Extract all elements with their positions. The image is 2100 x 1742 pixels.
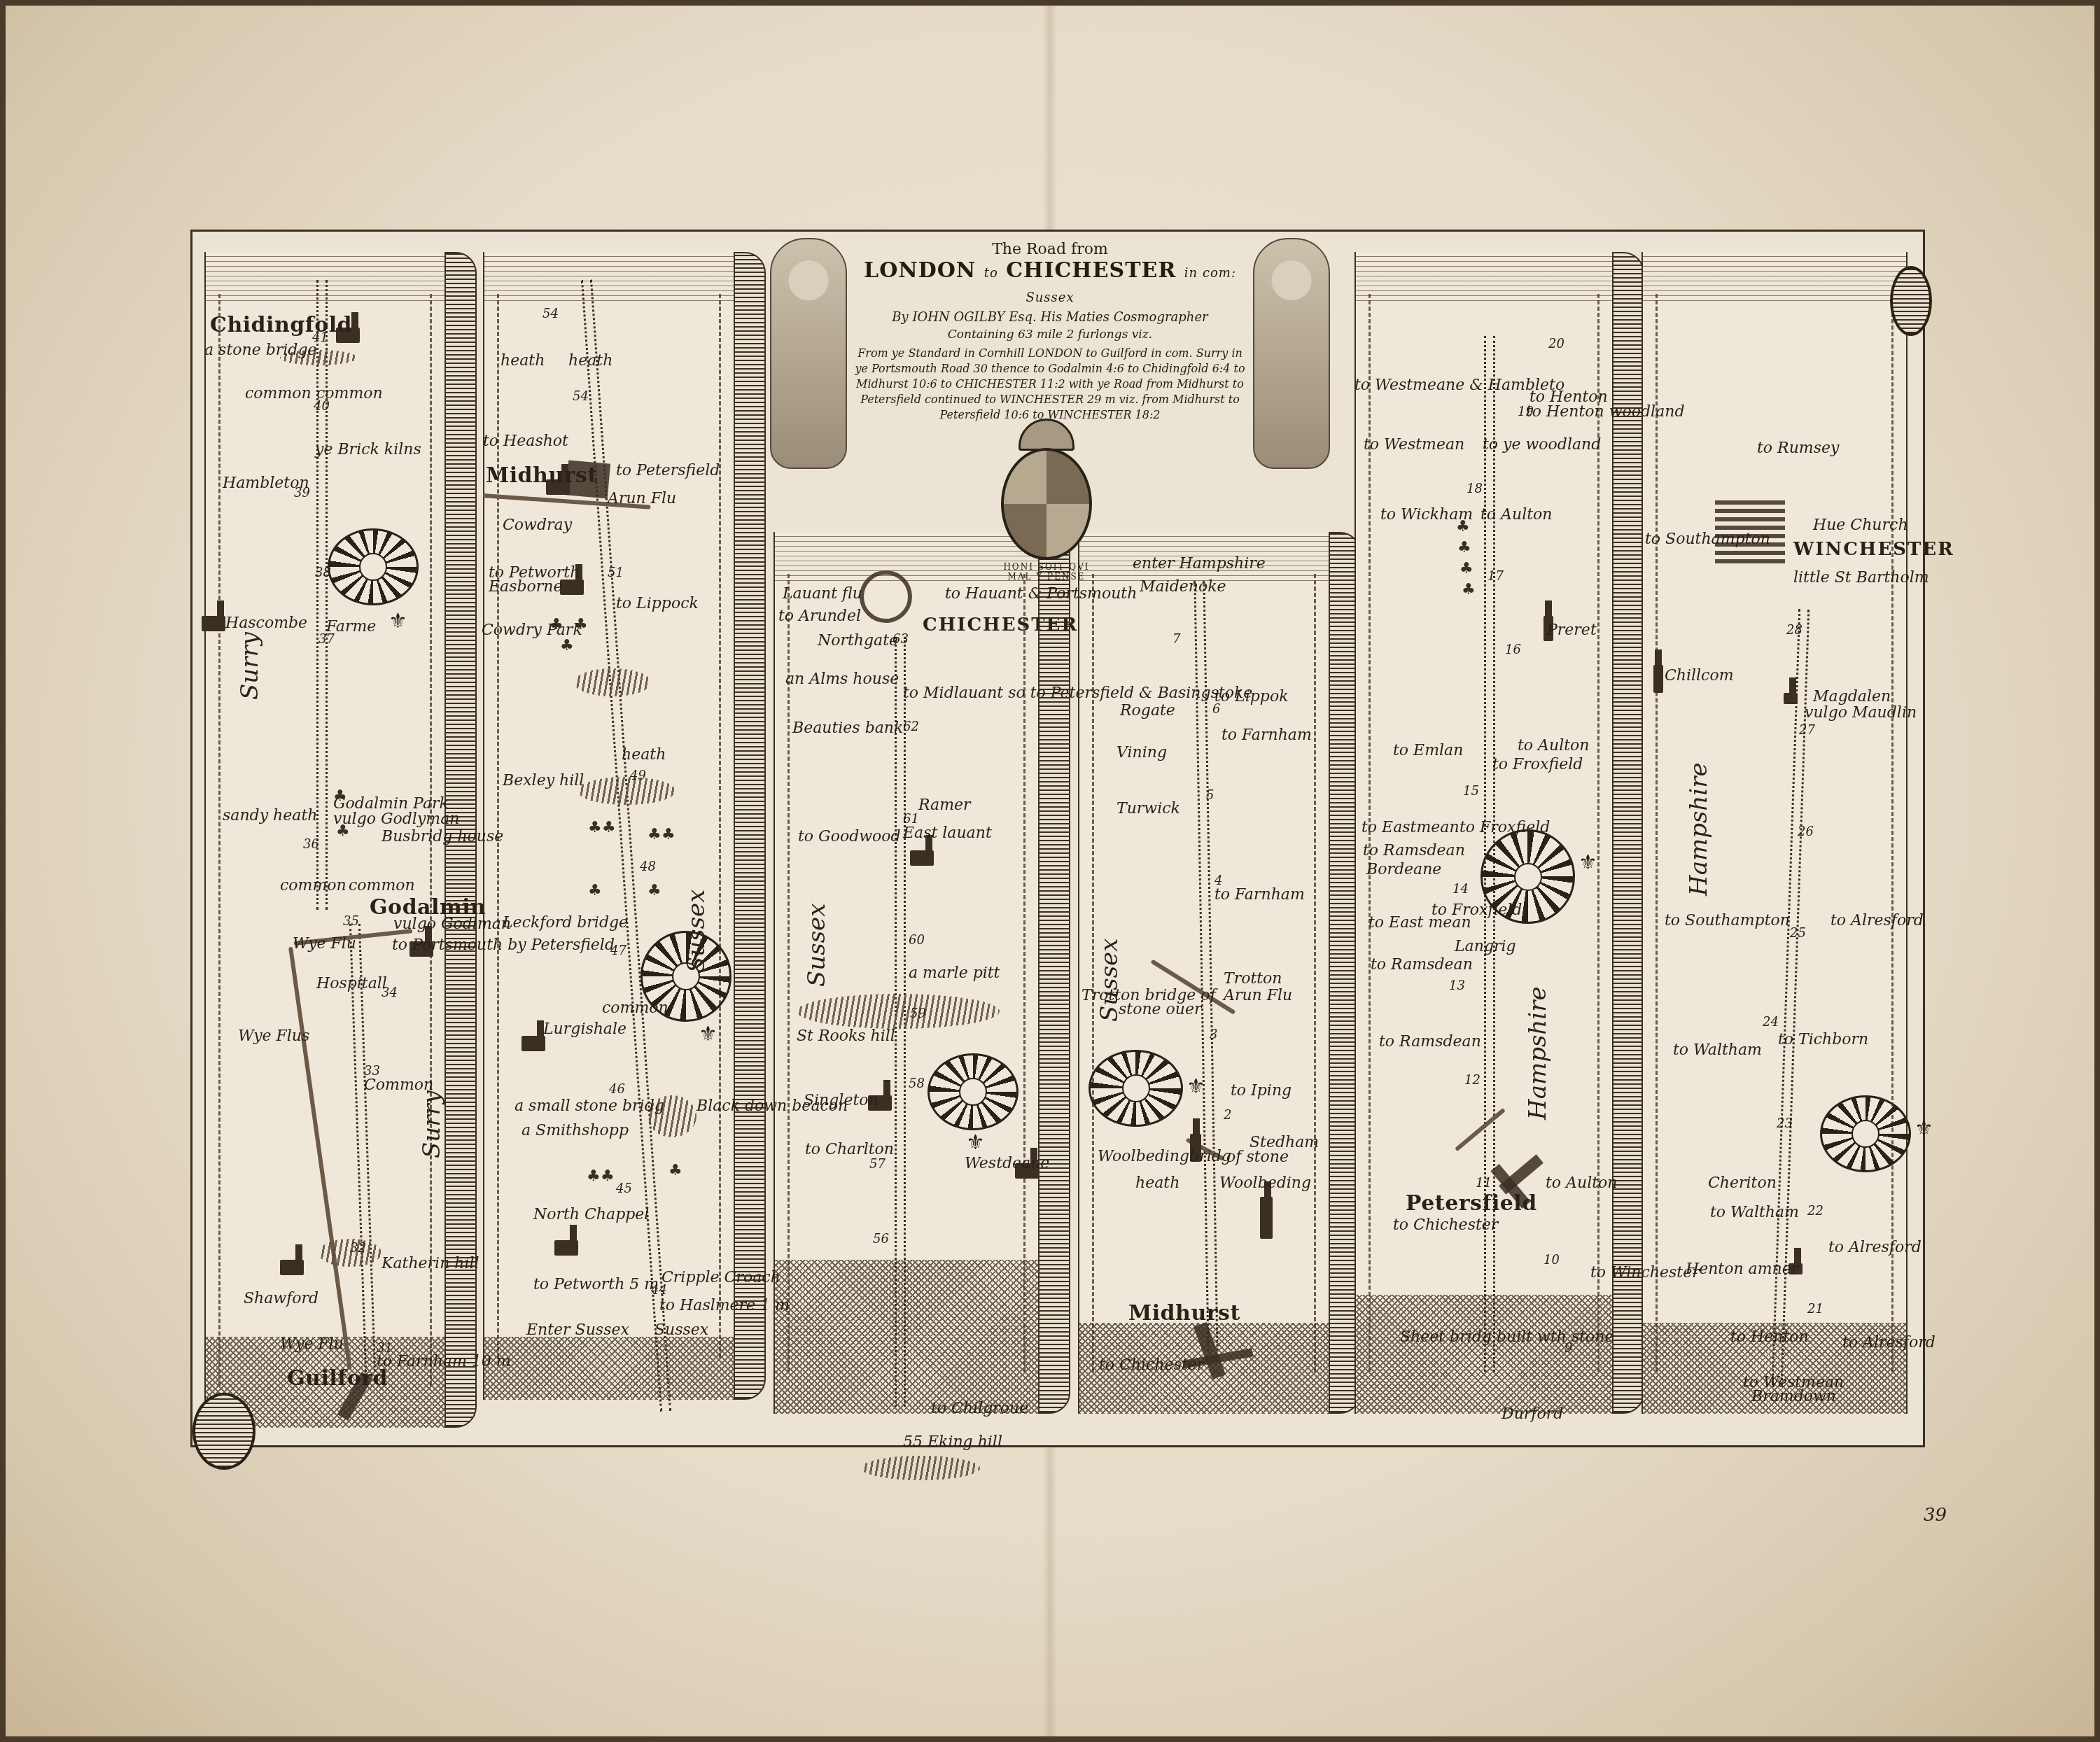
church-icon: [560, 580, 584, 595]
milestone-number: 12: [1464, 1074, 1480, 1087]
place-label: Maidenoke: [1140, 580, 1226, 595]
place-label: of stone: [1226, 1150, 1289, 1165]
place-label: to Henton: [1730, 1330, 1809, 1345]
county-boundary-line: [787, 574, 790, 1372]
place-label: to Rumsey: [1757, 441, 1839, 456]
place-label: to Goodwood: [798, 829, 901, 845]
milestone-number: 3: [1210, 1029, 1217, 1041]
place-label: stone ouer: [1119, 1002, 1202, 1018]
county-boundary-line: [497, 294, 499, 1358]
place-label: to Petworth 5 m: [533, 1277, 659, 1293]
place-label: little St Bartholm: [1793, 570, 1929, 586]
town-label: Guilford: [287, 1368, 388, 1389]
milestone-number: 38: [315, 567, 331, 580]
fleur-de-lis-icon: ⚜: [388, 609, 407, 633]
title-author: By IOHN OGILBY Esq. His Maties Cosmograp…: [854, 310, 1246, 325]
milestone-number: 13: [1449, 980, 1465, 992]
milestone-number: 11: [1476, 1177, 1492, 1190]
church-icon: [521, 1036, 545, 1051]
place-label: to Petersfield: [616, 463, 720, 479]
scroll-shading-bottom: [775, 1260, 1038, 1414]
county-boundary-line: [1597, 294, 1599, 1372]
compass-rose-icon: [1820, 1095, 1911, 1172]
place-label: 55 Eking hill: [903, 1435, 1002, 1450]
place-label: a stone bridge: [204, 343, 317, 358]
county-boundary-line: [218, 294, 220, 1386]
place-label: to Lippok: [1214, 689, 1288, 705]
place-label: Henton amner: [1686, 1262, 1798, 1277]
place-label: sandy heath: [223, 808, 317, 824]
town-label: CHICHESTER: [923, 616, 1078, 634]
milestone-number: 40: [314, 400, 330, 413]
place-label: to Aulton: [1546, 1176, 1617, 1191]
place-label: Wye Flu: [293, 936, 356, 952]
place-label: Sussex: [654, 1323, 708, 1338]
place-label: to Froxfield: [1492, 757, 1583, 773]
town-label: Midhurst: [1128, 1303, 1240, 1324]
scroll-edge: [1612, 252, 1644, 1414]
tree-icon: ♣: [647, 882, 661, 899]
scroll-edge: [734, 252, 766, 1400]
place-label: to Wickham: [1380, 507, 1473, 523]
place-label: to Chichester: [1099, 1358, 1204, 1373]
place-label: to Hauant & Portsmouth: [945, 586, 1137, 602]
milestone-number: 44: [651, 1284, 667, 1297]
title-destination: CHICHESTER: [1006, 258, 1176, 283]
place-label: ye Brick kilns: [315, 442, 421, 458]
milestone-number: 16: [1505, 644, 1521, 656]
place-label: Arun Flu: [1224, 988, 1292, 1004]
place-label: common: [602, 1001, 668, 1016]
place-label: to Portsmouth by Petersfield: [392, 938, 615, 953]
place-label: a marle pitt: [909, 966, 1000, 981]
place-label: Shawford: [244, 1291, 318, 1307]
place-label: to Emlan: [1393, 743, 1463, 759]
milestone-number: 26: [1798, 826, 1814, 838]
fleur-de-lis-icon: ⚜: [1186, 1074, 1205, 1099]
place-label: Lurgishale: [543, 1022, 626, 1037]
milestone-number: 57: [869, 1158, 885, 1171]
title-main: LONDON to CHICHESTER in com: Sussex: [854, 258, 1246, 307]
milestone-number: 39: [294, 487, 310, 500]
milestone-number: 45: [616, 1183, 632, 1195]
milestone-number: 23: [1777, 1118, 1793, 1130]
milestone-number: 24: [1763, 1016, 1779, 1029]
compass-rose-icon: [328, 528, 419, 605]
milestone-number: 10: [1543, 1254, 1560, 1267]
place-label: Godalmin Park: [333, 796, 449, 812]
place-label: a small stone bridg: [514, 1099, 664, 1114]
place-label: Hospitall: [316, 976, 387, 992]
place-label: to ye woodland: [1483, 437, 1601, 453]
place-label: to Froxfield: [1459, 820, 1550, 836]
place-label: Singleton: [804, 1093, 878, 1109]
place-label: Cowdry Park: [482, 623, 582, 638]
royal-coat-of-arms-icon: [1001, 448, 1092, 560]
town-label: Chidingfold: [210, 315, 352, 336]
milestone-number: 2: [1224, 1109, 1231, 1122]
place-label: vulgo Maudlin: [1805, 705, 1917, 721]
place-label: East lauant: [903, 826, 992, 841]
hill-eking: [861, 1456, 980, 1480]
county-label: Sussex: [1098, 939, 1121, 1022]
place-label: Langrig: [1455, 939, 1516, 955]
place-label: to Aulton: [1518, 738, 1589, 754]
tree-icon: ♣: [1459, 560, 1473, 577]
place-label: Wye Flus: [238, 1029, 309, 1044]
place-label: Bramdown: [1751, 1389, 1836, 1405]
county-boundary-line: [1655, 294, 1658, 1372]
milestone-number: 54: [542, 308, 559, 321]
scroll-shading-bottom: [484, 1337, 734, 1400]
milestone-number: 6: [1212, 703, 1220, 716]
place-label: heath: [622, 747, 666, 763]
milestone-number: 32: [350, 1242, 366, 1255]
county-boundary-line: [719, 294, 721, 1358]
title-to: to: [984, 266, 998, 281]
milestone-number: 9: [1564, 1342, 1572, 1355]
milestone-number: 58: [909, 1078, 925, 1090]
milestone-number: 59: [910, 1008, 926, 1020]
scroll-curl-bottom-left: [192, 1393, 255, 1470]
milestone-number: 49: [630, 770, 646, 782]
town-label: WINCHESTER: [1793, 540, 1954, 559]
church-icon: [202, 616, 225, 631]
place-label: Turwick: [1116, 801, 1180, 817]
tree-icon: ♣: [661, 826, 675, 843]
milestone-number: 36: [303, 838, 319, 851]
place-label: Katherin hill: [381, 1256, 479, 1272]
church-icon: [554, 1240, 578, 1256]
title-itinerary: From ye Standard in Cornhill LONDON to G…: [854, 346, 1246, 423]
place-label: Lauant flu: [783, 586, 862, 602]
place-label: Bordeane: [1366, 862, 1441, 878]
place-label: Arun Flu: [608, 491, 676, 507]
place-label: Hascombe: [225, 616, 307, 631]
fleur-de-lis-icon: ⚜: [1914, 1116, 1933, 1141]
place-label: vulgo Godlman: [393, 917, 511, 932]
place-label: an Alms house: [785, 672, 899, 687]
town-label: Midhurst: [486, 465, 598, 486]
plate-number: 39: [1924, 1505, 1947, 1526]
place-label: to Alresford: [1842, 1335, 1935, 1351]
fleur-de-lis-icon: ⚜: [699, 1022, 717, 1046]
church-icon: [1260, 1197, 1273, 1239]
tree-icon: ♣: [601, 1167, 615, 1185]
place-label: Preret: [1547, 623, 1597, 638]
place-label: Woolbeding: [1219, 1176, 1311, 1191]
scroll-shading-top: [1643, 252, 1906, 301]
place-label: to Henton woodland: [1526, 405, 1685, 420]
place-label: common: [245, 386, 311, 402]
tree-icon: ♣: [602, 819, 616, 836]
place-label: Cheriton: [1708, 1176, 1777, 1191]
county-label: Surry: [420, 1090, 444, 1158]
fleur-de-lis-icon: ⚜: [1578, 850, 1597, 875]
milestone-number: 60: [909, 934, 925, 947]
place-label: to Ramsdean: [1379, 1034, 1481, 1050]
hill-bexley: [577, 777, 675, 805]
fleur-de-lis-icon: ⚜: [966, 1130, 985, 1155]
milestone-number: 22: [1807, 1205, 1823, 1218]
milestone-number: 17: [1487, 570, 1504, 583]
milestone-number: 25: [1790, 927, 1806, 940]
place-label: Enter Sussex: [526, 1323, 629, 1338]
milestone-number: 51: [608, 567, 624, 580]
milestone-number: 63: [892, 633, 909, 646]
place-label: Magdalen: [1813, 689, 1891, 705]
place-label: to Farnham: [1221, 728, 1312, 743]
milestone-number: 21: [1807, 1303, 1823, 1316]
milestone-number: 15: [1463, 785, 1479, 798]
place-label: Northgate: [818, 633, 898, 649]
place-label: to Alresford: [1830, 913, 1924, 929]
tree-icon: ♣: [1462, 581, 1476, 598]
milestone-number: 5: [1206, 789, 1214, 802]
place-label: to Westmean: [1364, 437, 1464, 453]
place-label: Leckford bridge: [503, 915, 628, 931]
place-label: heath: [1135, 1176, 1179, 1191]
place-label: to Waltham: [1673, 1043, 1762, 1058]
place-label: Cripple Croach: [661, 1270, 780, 1286]
scroll-shading-top: [484, 252, 734, 301]
place-label: Cowdray: [503, 518, 572, 533]
place-label: to Eastmean: [1361, 820, 1459, 836]
place-label: Ramer: [918, 798, 971, 813]
milestone-number: 27: [1799, 724, 1815, 737]
place-label: to Southampton: [1645, 532, 1770, 547]
place-label: Wye Flu: [280, 1337, 344, 1352]
place-label: Woolbedingbridg: [1098, 1149, 1231, 1165]
place-label: Chillcom: [1665, 668, 1734, 684]
place-label: enter Hampshire: [1133, 556, 1266, 572]
church-icon: [1653, 665, 1663, 693]
tree-icon: ♣: [588, 819, 602, 836]
place-label: common: [280, 878, 346, 894]
county-boundary-line: [1891, 294, 1893, 1372]
county-label: Hampshire: [1526, 986, 1550, 1120]
milestone-number: 46: [609, 1083, 625, 1096]
milestone-number: 20: [1548, 338, 1564, 351]
church-icon: [910, 850, 934, 866]
place-label: Rogate: [1120, 703, 1175, 719]
place-label: to Heashot: [483, 434, 568, 449]
scroll-edge: [1038, 532, 1070, 1414]
milestone-number: 34: [381, 987, 398, 999]
scroll-shading-top: [775, 532, 1038, 581]
place-label: to Tichborn: [1778, 1032, 1868, 1048]
place-label: to East mean: [1368, 915, 1471, 931]
place-label: to Midlauant so to Petersfield & Basings…: [903, 686, 1252, 701]
milestone-number: 28: [1786, 624, 1802, 637]
compass-rose-icon: [927, 1053, 1018, 1130]
compass-rose-icon: [1088, 1050, 1183, 1127]
place-label: to Chichester: [1393, 1218, 1498, 1233]
cherub-right-ornament: [1253, 238, 1330, 469]
county-label: Hampshire: [1687, 762, 1711, 896]
place-label: St Rooks hill: [797, 1029, 895, 1044]
tree-icon: ♣: [588, 882, 602, 899]
place-label: to Arundel: [778, 609, 861, 624]
hill-st-rooks: [797, 994, 1000, 1029]
place-label: Westdeane: [965, 1156, 1049, 1172]
place-label: to Haslmere 1 m: [659, 1298, 790, 1314]
place-label: to Lippock: [616, 596, 699, 612]
church-icon: [280, 1260, 304, 1275]
road-strip-1: [316, 280, 328, 910]
milestone-number: 37: [318, 633, 335, 646]
place-label: to Winchester: [1590, 1265, 1700, 1281]
place-label: heath: [500, 353, 545, 369]
county-label: Surry: [238, 632, 262, 700]
title-origin: LONDON: [864, 258, 976, 283]
county-label: Sussex: [685, 890, 708, 973]
place-label: to Charlton: [805, 1142, 894, 1158]
tree-icon: ♣: [560, 637, 574, 654]
cherub-left-ornament: [770, 238, 847, 469]
milestone-number: 41: [312, 332, 328, 344]
place-label: to Chilgroue: [931, 1401, 1028, 1417]
place-label: to Farnham: [1214, 887, 1305, 903]
place-label: common: [349, 878, 415, 894]
title-distance: Containing 63 mile 2 furlongs viz.: [854, 328, 1246, 342]
church-icon: [1784, 693, 1798, 704]
county-label: Sussex: [805, 904, 829, 987]
town-plan-chichester: [860, 570, 912, 623]
place-label: Beauties bank: [792, 721, 903, 736]
place-label: Easborne: [489, 580, 563, 595]
milestone-number: 56: [873, 1233, 889, 1246]
scroll-shading-top: [1356, 252, 1612, 301]
milestone-number: 18: [1466, 483, 1483, 496]
tree-icon: ♣: [587, 1167, 601, 1185]
scroll-curl-top-right: [1890, 266, 1932, 336]
place-label: Hue Church: [1813, 518, 1908, 533]
milestone-number: 54: [573, 391, 589, 403]
county-boundary-line: [1314, 574, 1316, 1372]
title-block: The Road from LONDON to CHICHESTER in co…: [854, 241, 1246, 423]
place-label: Busbridg house: [381, 829, 503, 845]
place-label: Bexley hill: [503, 773, 584, 789]
milestone-number: 14: [1452, 883, 1469, 896]
place-label: Vining: [1116, 745, 1167, 761]
milestone-number: 48: [640, 861, 656, 873]
place-label: to Alresford: [1828, 1240, 1921, 1256]
tree-icon: ♣: [668, 1162, 682, 1179]
place-label: Durford: [1501, 1407, 1563, 1422]
place-label: heath: [568, 353, 612, 369]
hill-near-easborne: [574, 668, 651, 696]
place-label: to Ramsdean: [1371, 957, 1473, 973]
place-label: vulgo Godlyman: [333, 812, 459, 827]
place-label: a Smithshopp: [521, 1123, 629, 1139]
place-label: Trotton: [1224, 971, 1282, 987]
place-label: to Waltham: [1710, 1205, 1799, 1221]
milestone-number: 47: [610, 945, 626, 957]
place-label: to Farnham 10 m: [377, 1354, 511, 1370]
tree-icon: ♣: [647, 826, 661, 843]
town-label: Petersfield: [1406, 1193, 1537, 1214]
place-label: to Aulton: [1480, 507, 1552, 523]
milestone-number: 35: [343, 915, 359, 928]
place-label: to Ramsdean: [1363, 843, 1465, 859]
place-label: to Southampton: [1665, 913, 1790, 929]
place-label: North Chappel: [533, 1207, 649, 1223]
place-label: Sheet bridg built wth stone: [1400, 1330, 1613, 1345]
milestone-number: 7: [1172, 633, 1180, 646]
place-label: to Iping: [1231, 1083, 1291, 1099]
milestone-number: 62: [903, 721, 919, 733]
garter-motto: HONI SOIT QVI MAL Y PENSE: [1001, 562, 1092, 582]
title-line-1: The Road from: [854, 241, 1246, 258]
tree-icon: ♣: [1457, 539, 1471, 556]
